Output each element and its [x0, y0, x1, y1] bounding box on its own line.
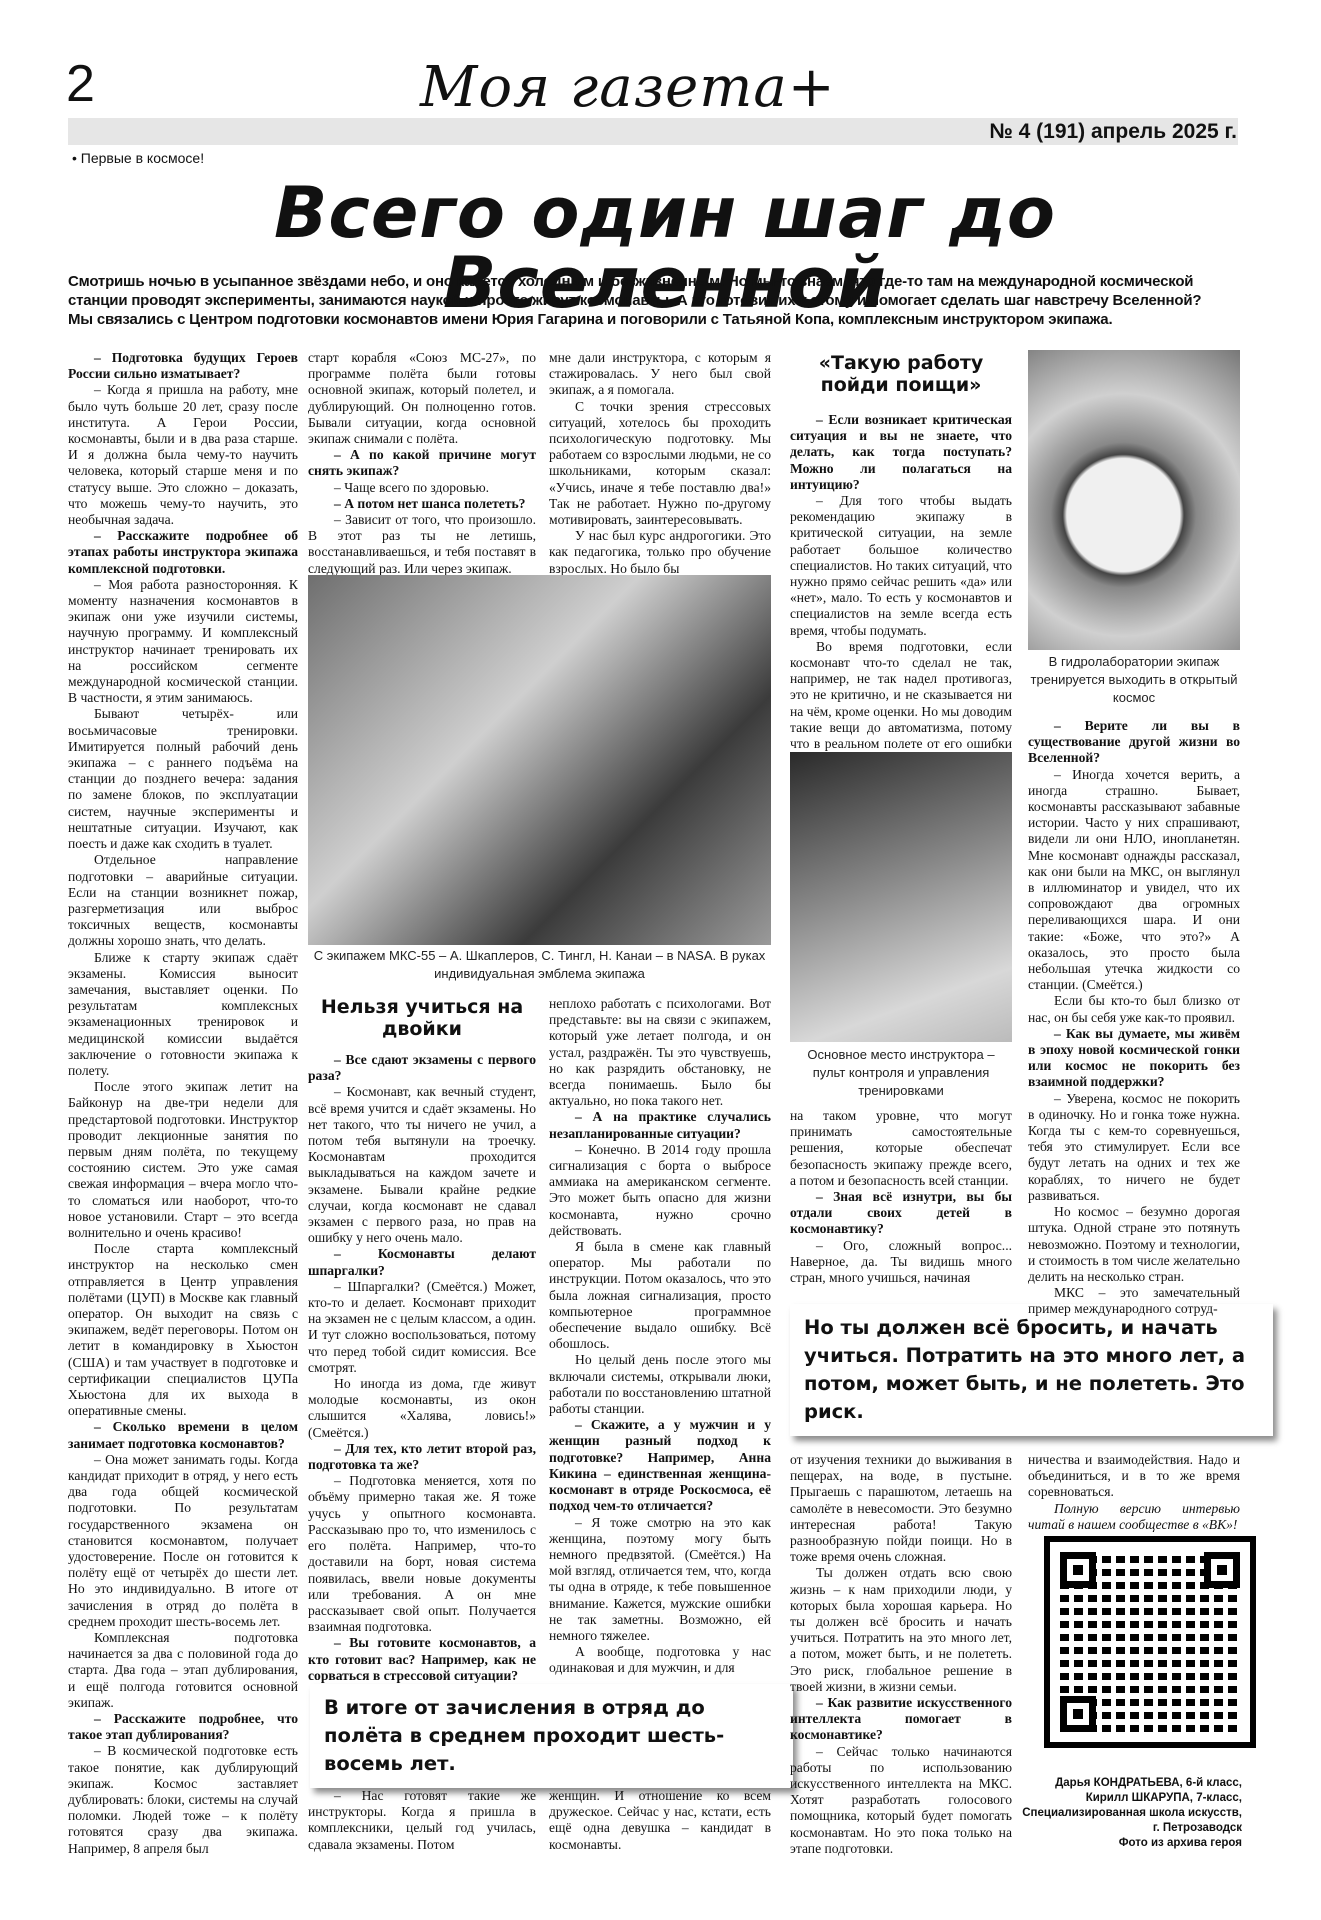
interview-question: – Как развитие искусственного интеллекта…: [790, 1695, 1012, 1744]
hydrolab-photo: [1028, 350, 1240, 650]
column-2-bottom: – Нас готовят такие же инструкторы. Когд…: [308, 1788, 536, 1853]
lead-paragraph: Смотришь ночью в усыпанное звёздами небо…: [68, 272, 1218, 329]
paragraph: от изучения техники до выживания в пещер…: [790, 1452, 1012, 1565]
column-2-top: старт корабля «Союз МС-27», по программе…: [308, 350, 536, 577]
interview-question: – Подготовка будущих Героев России сильн…: [68, 350, 298, 382]
interview-question: – Как вы думаете, мы живём в эпоху новой…: [1028, 1026, 1240, 1091]
paragraph: – Зависит от того, что произошло. В этот…: [308, 512, 536, 577]
subhead-no-bad-grades: Нельзя учиться на двойки: [308, 996, 536, 1040]
pull-quote-years: В итоге от зачисления в отряд до полёта …: [310, 1684, 793, 1788]
interview-question: – Если возникает критическая ситуация и …: [790, 412, 1012, 493]
credits: Дарья КОНДРАТЬЕВА, 6-й класс, Кирилл ШКА…: [1020, 1776, 1242, 1851]
paragraph: неплохо работать с психологами. Вот пред…: [549, 996, 771, 1109]
interview-question: – Скажите, а у мужчин и у женщин разный …: [549, 1417, 771, 1514]
paragraph: – Для того чтобы выдать рекомендацию эки…: [790, 493, 1012, 639]
paragraph: Но целый день после этого мы включали си…: [549, 1352, 771, 1417]
interview-question: – Зная всё изнутри, вы бы отдали своих д…: [790, 1189, 1012, 1238]
paragraph: У нас был курс андрогогики. Это как педа…: [549, 528, 771, 577]
column-5: – Верите ли вы в существование другой жи…: [1028, 718, 1240, 1318]
paragraph: Отдельное направление подготовки – авари…: [68, 852, 298, 949]
paragraph: старт корабля «Союз МС-27», по программе…: [308, 350, 536, 447]
column-3-top: мне дали инструктора, с которым я стажир…: [549, 350, 771, 577]
paragraph: – Иногда хочется верить, а иногда страшн…: [1028, 767, 1240, 994]
qr-code-icon[interactable]: [1050, 1542, 1250, 1742]
paragraph: – Сейчас только начинаются работы по исп…: [790, 1744, 1012, 1857]
column-1: – Подготовка будущих Героев России сильн…: [68, 350, 298, 1857]
paragraph: А вообще, подготовка у нас одинаковая и …: [549, 1644, 771, 1676]
paragraph: ничества и взаимодействия. Надо и объеди…: [1028, 1452, 1240, 1501]
paragraph: – Нас готовят такие же инструкторы. Когд…: [308, 1788, 536, 1853]
interview-question: – Верите ли вы в существование другой жи…: [1028, 718, 1240, 767]
interview-question: – Космонавты делают шпаргалки?: [308, 1246, 536, 1278]
interview-question: – А потом нет шанса полететь?: [308, 496, 536, 512]
paragraph: – Чаще всего по здоровью.: [308, 480, 536, 496]
instructor-photo: [790, 752, 1012, 1042]
paragraph: МКС – это замечательный пример междунаро…: [1028, 1285, 1240, 1317]
paragraph: После старта комплексный инструктор на н…: [68, 1241, 298, 1419]
paragraph: Но иногда из дома, где живут молодые кос…: [308, 1376, 536, 1441]
qr-finder-icon: [1204, 1552, 1240, 1588]
newspaper-logo: Моя газета+: [420, 60, 836, 116]
credit-line: Фото из архива героя: [1020, 1836, 1242, 1851]
paragraph: женщин. И отношение ко всем дружеское. С…: [549, 1788, 771, 1853]
credit-line: г. Петрозаводск: [1020, 1821, 1242, 1836]
credit-line: Дарья КОНДРАТЬЕВА, 6-й класс,: [1020, 1776, 1242, 1791]
interview-question: – Расскажите подробнее, что такое этап д…: [68, 1711, 298, 1743]
paragraph: – Уверена, космос не покорить в одиночку…: [1028, 1091, 1240, 1204]
pull-quote-risk: Но ты должен всё бросить, и начать учить…: [790, 1304, 1273, 1436]
column-4-top: – Если возникает критическая ситуация и …: [790, 412, 1012, 785]
paragraph: – Она может занимать годы. Когда кандида…: [68, 1452, 298, 1630]
paragraph: Если бы кто-то был близко от нас, он бы …: [1028, 993, 1240, 1025]
column-5-bottom: ничества и взаимодействия. Надо и объеди…: [1028, 1452, 1240, 1533]
credit-line: Кирилл ШКАРУПА, 7-класс,: [1020, 1791, 1242, 1806]
column-2-mid: – Все сдают экзамены с первого раза?– Ко…: [308, 1052, 536, 1684]
page-number: 2: [66, 58, 95, 110]
issue-number: № 4 (191) апрель 2025 г.: [989, 118, 1237, 145]
paragraph: Комплексная подготовка начинается за два…: [68, 1630, 298, 1711]
paragraph: После этого экипаж летит на Байконур на …: [68, 1079, 298, 1241]
interview-question: – А на практике случались незапланирован…: [549, 1109, 771, 1141]
instructor-photo-caption: Основное место инструктора – пульт контр…: [790, 1046, 1012, 1100]
subhead-such-job: «Такую работу пойди поищи»: [790, 352, 1012, 396]
paragraph: Ты должен отдать всю свою жизнь – к нам …: [790, 1565, 1012, 1695]
paragraph: С точки зрения стрессовых ситуаций, хоте…: [549, 399, 771, 529]
interview-question: – Все сдают экзамены с первого раза?: [308, 1052, 536, 1084]
qr-finder-icon: [1060, 1552, 1096, 1588]
column-4-bottom: от изучения техники до выживания в пещер…: [790, 1452, 1012, 1857]
paragraph: Ближе к старту экипаж сдаёт экзамены. Ко…: [68, 950, 298, 1080]
paragraph: Полную версию интервью читай в нашем соо…: [1028, 1501, 1240, 1533]
paragraph: Бывают четырёх- или восьмичасовые тренир…: [68, 706, 298, 852]
column-3-bottom: женщин. И отношение ко всем дружеское. С…: [549, 1788, 771, 1853]
paragraph: – В космической подготовке есть такое по…: [68, 1743, 298, 1856]
column-4-mid: на таком уровне, что могут принимать сам…: [790, 1108, 1012, 1286]
paragraph: – Конечно. В 2014 году прошла сигнализац…: [549, 1142, 771, 1239]
interview-question: – А по какой причине могут снять экипаж?: [308, 447, 536, 479]
column-3-mid: неплохо работать с психологами. Вот пред…: [549, 996, 771, 1677]
paragraph: на таком уровне, что могут принимать сам…: [790, 1108, 1012, 1189]
paragraph: Я была в смене как главный оператор. Мы …: [549, 1239, 771, 1352]
paragraph: – Шпаргалки? (Смеётся.) Может, кто-то и …: [308, 1279, 536, 1376]
paragraph: – Ого, сложный вопрос... Наверное, да. Т…: [790, 1238, 1012, 1287]
hydrolab-photo-caption: В гидролаборатории экипаж тренируется вы…: [1028, 653, 1240, 707]
paragraph: – Космонавт, как вечный студент, всё вре…: [308, 1084, 536, 1246]
paragraph: Но космос – безумно дорогая штука. Одной…: [1028, 1204, 1240, 1285]
paragraph: мне дали инструктора, с которым я стажир…: [549, 350, 771, 399]
credit-line: Специализированная школа искусств,: [1020, 1806, 1242, 1821]
interview-question: – Сколько времени в целом занимает подго…: [68, 1419, 298, 1451]
interview-question: – Вы готовите космонавтов, а кто готовит…: [308, 1635, 536, 1684]
rubric: • Первые в космосе!: [72, 150, 204, 166]
qr-finder-icon: [1060, 1696, 1096, 1732]
paragraph: – Когда я пришла на работу, мне было чут…: [68, 382, 298, 528]
crew-photo-caption: С экипажем МКС-55 – А. Шкаплеров, С. Тин…: [308, 947, 771, 983]
interview-question: – Для тех, кто летит второй раз, подгото…: [308, 1441, 536, 1473]
interview-question: – Расскажите подробнее об этапах работы …: [68, 528, 298, 577]
paragraph: – Подготовка меняется, хотя по объёму пр…: [308, 1473, 536, 1635]
paragraph: – Я тоже смотрю на это как женщина, поэт…: [549, 1515, 771, 1645]
crew-photo: [308, 575, 771, 945]
paragraph: – Моя работа разносторонняя. К моменту н…: [68, 577, 298, 707]
